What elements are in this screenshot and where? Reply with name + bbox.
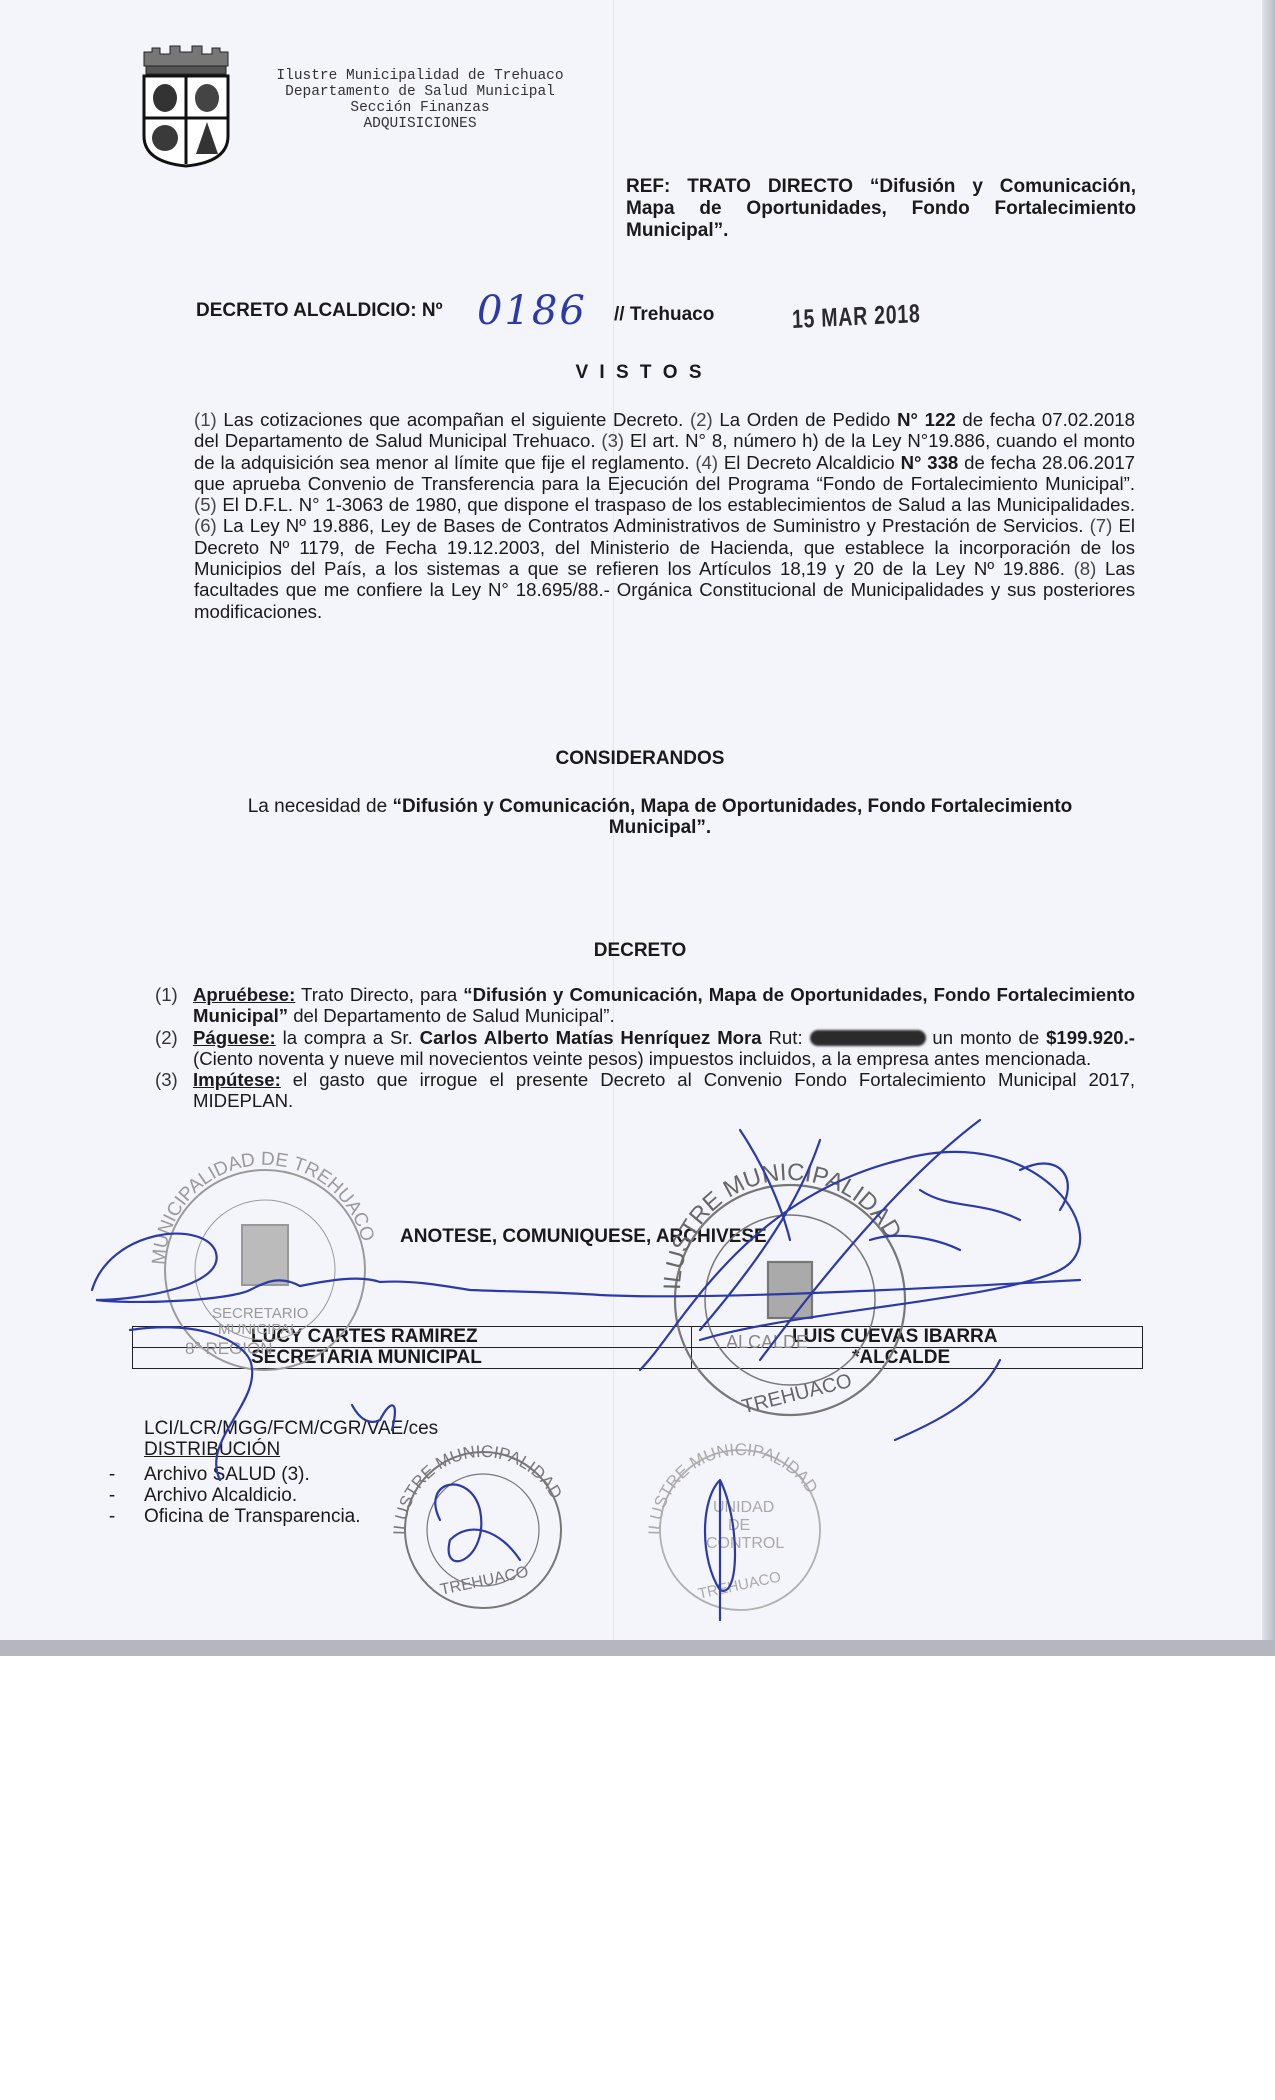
ref-line: Mapa de Oportunidades, Fondo Fortalecimi… [626,198,1136,220]
item-number: (6) [194,515,217,536]
decreto-heading: DECRETO [560,940,720,962]
letterhead-line: Ilustre Municipalidad de Trehuaco [250,68,590,84]
decree-label: DECRETO ALCALDICIO: Nº [196,300,443,322]
decreto-items: (1) Apruébese: Trato Directo, para “Difu… [155,984,1135,1112]
item-number: (4) [695,452,718,473]
item-number: (1) [155,984,193,1027]
item-text: Trato Directo, para [295,984,463,1005]
right-signer-name: LUIS CUEVAS IBARRA [692,1327,1143,1348]
ref-line: Municipal”. [626,220,1136,242]
decreto-item: (1) Apruébese: Trato Directo, para “Difu… [155,984,1135,1027]
reference-block: REF: TRATO DIRECTO “Difusión y Comunicac… [626,176,1136,242]
vistos-text: La Ley Nº 19.886, Ley de Bases de Contra… [217,515,1090,536]
item-verb: Páguese: [193,1027,276,1048]
distribution-item: -Archivo Alcaldicio. [80,1485,361,1506]
order-number: N° 122 [897,409,956,430]
vistos-paragraph: (1) Las cotizaciones que acompañan el si… [194,409,1135,622]
item-number: (7) [1090,515,1113,536]
item-number: (5) [194,494,217,515]
vistos-heading: V I S T O S [560,362,720,384]
considerandos-subject: “Difusión y Comunicación, Mapa de Oportu… [392,796,1072,838]
dash: - [80,1506,144,1527]
item-number: (2) [155,1027,193,1070]
item-text: el gasto que irrogue el presente Decreto… [193,1069,1135,1111]
rut-label: Rut: [762,1027,810,1048]
item-text: del Departamento de Salud Municipal”. [288,1005,615,1026]
municipal-crest-icon [138,44,234,168]
responsible-initials: LCI/LCR/MGG/FCM/CGR/VAE/ces [144,1418,438,1439]
letterhead: Ilustre Municipalidad de Trehuaco Depart… [250,68,590,132]
distribution-label: Archivo Alcaldicio. [144,1485,297,1506]
initials-block: LCI/LCR/MGG/FCM/CGR/VAE/ces DISTRIBUCIÓN [144,1418,438,1460]
letterhead-line: Sección Finanzas [250,100,590,116]
distribution-list: -Archivo SALUD (3). -Archivo Alcaldicio.… [80,1464,361,1527]
vistos-text: La Orden de Pedido [713,409,897,430]
distribution-item: -Oficina de Transparencia. [80,1506,361,1527]
distribution-item: -Archivo SALUD (3). [80,1464,361,1485]
item-number: (8) [1074,558,1097,579]
decree-ref-number: N° 338 [901,452,959,473]
payment-amount: $199.920.- [1046,1027,1135,1048]
left-signer-title: SECRETARIA MUNICIPAL [133,1348,692,1369]
letterhead-line: Departamento de Salud Municipal [250,84,590,100]
decree-place: // Trehuaco [614,304,714,326]
item-text: la compra a Sr. [276,1027,420,1048]
item-number: (1) [194,409,217,430]
vistos-text: El D.F.L. N° 1-3063 de 1980, que dispone… [217,494,1135,515]
dash: - [80,1485,144,1506]
vistos-text: Las cotizaciones que acompañan el siguie… [217,409,690,430]
item-verb: Apruébese: [193,984,295,1005]
page-bottom-edge [0,1640,1275,1656]
vistos-text: El Decreto Alcaldicio [718,452,900,473]
distribution-label: Archivo SALUD (3). [144,1464,310,1485]
ref-line: REF: TRATO DIRECTO “Difusión y Comunicac… [626,176,1136,198]
item-number: (2) [690,409,713,430]
item-number: (3) [601,430,624,451]
decree-number-handwritten: 0186 [477,288,587,334]
date-stamp: 15 MAR 2018 [792,298,921,335]
rut-redacted [810,1030,926,1046]
considerandos-intro: La necesidad de [248,796,393,817]
distribucion-title: DISTRIBUCIÓN [144,1439,438,1460]
closing-formula: ANOTESE, COMUNIQUESE, ARCHIVESE [400,1226,767,1248]
item-number: (3) [155,1069,193,1112]
dash: - [80,1464,144,1485]
supplier-name: Carlos Alberto Matías Henríquez Mora [420,1027,762,1048]
considerandos-heading: CONSIDERANDOS [500,748,780,770]
letterhead-line: ADQUISICIONES [250,116,590,132]
item-text: (Ciento noventa y nueve mil novecientos … [193,1048,1091,1069]
page-edge [1262,0,1275,1656]
distribution-label: Oficina de Transparencia. [144,1506,361,1527]
right-signer-title: *ALCALDE [692,1348,1143,1369]
considerandos-text: La necesidad de “Difusión y Comunicación… [200,796,1120,839]
decreto-item: (3) Impútese: el gasto que irrogue el pr… [155,1069,1135,1112]
item-verb: Impútese: [193,1069,281,1090]
item-text: un monto de [926,1027,1047,1048]
signature-table: LUCY CARTES RAMIREZ LUIS CUEVAS IBARRA S… [132,1326,1143,1369]
left-signer-name: LUCY CARTES RAMIREZ [133,1327,692,1348]
decreto-item: (2) Páguese: la compra a Sr. Carlos Albe… [155,1027,1135,1070]
